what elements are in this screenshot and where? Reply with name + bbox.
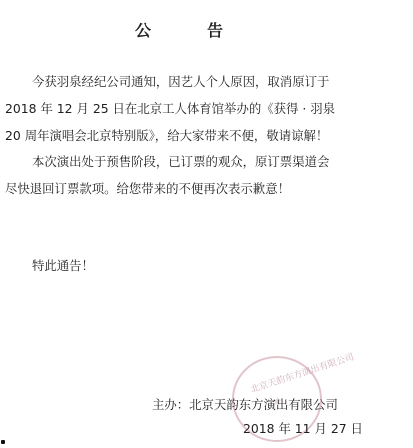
paragraph-2-line-2: 尽快退回订票款项。给您带来的不便再次表示歉意！	[5, 181, 290, 197]
closing-text: 特此通告！	[32, 258, 94, 274]
bullet-dot	[1, 440, 5, 444]
paragraph-1-line-2: 2018 年 12 月 25 日在北京工人体育馆举办的《获得 · 羽泉	[5, 101, 335, 117]
paragraph-1-line-1: 今获羽泉经纪公司通知，因艺人个人原因，取消原订于	[32, 74, 329, 90]
organizer-signature: 主办：北京天韵东方演出有限公司	[152, 395, 338, 413]
announcement-date: 2018 年 11 月 27 日	[243, 419, 363, 437]
title-char-1: 公	[135, 18, 151, 41]
title-char-2: 告	[207, 18, 223, 41]
stamp-text: 北京天韵东方演出有限公司	[249, 350, 356, 396]
paragraph-1-line-3: 20 周年演唱会北京特别版》，给大家带来不便，敬请谅解！	[5, 128, 328, 144]
paragraph-2-line-1: 本次演出处于预售阶段，已订票的观众，原订票渠道会	[32, 154, 329, 170]
